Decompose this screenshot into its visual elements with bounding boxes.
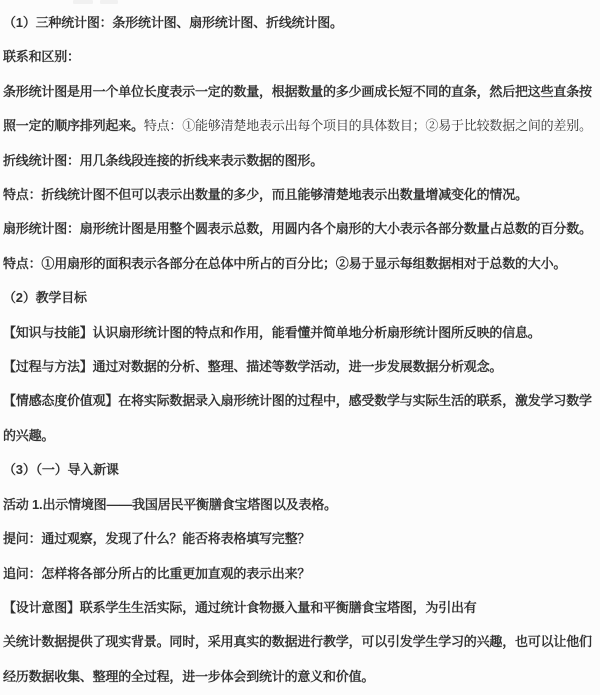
paragraph-line: 联系和区别： [3,40,600,74]
paragraph-line: （1）三种统计图：条形统计图、扇形统计图、折线统计图。 [3,6,600,40]
paragraph-line: 折线统计图：用几条线段连接的折线来表示数据的图形。 [3,144,600,178]
paragraph-line: 经历数据收集、整理的全过程，进一步体会到统计的意义和价值。 [3,660,600,694]
text-segment: 扇形统计图：扇形统计图是用整个圆表示总数，用圆内各个扇形的大小表示各部分数量占总… [3,221,592,236]
text-segment: 追问：怎样将各部分所占的比重更加直观的表示出来？ [3,566,310,581]
paragraph-line: （2）教学目标 [3,281,600,315]
paragraph-line: 【设计意图】联系学生生活实际，通过统计食物摄入量和平衡膳食宝塔图，为引出有 [3,591,600,625]
text-segment: 提问：通过观察，发现了什么？能否将表格填写完整？ [3,531,310,546]
text-segment: 【知识与技能】认识扇形统计图的特点和作用，能看懂并简单地分析扇形统计图所反映的信… [3,325,541,340]
text-segment: 【设计意图】联系学生生活实际，通过统计食物摄入量和平衡膳食宝塔图，为引出有 [3,600,477,615]
paragraph-line: 扇形统计图：扇形统计图是用整个圆表示总数，用圆内各个扇形的大小表示各部分数量占总… [3,212,600,246]
text-segment: 【情感态度价值观】在将实际数据录入扇形统计图的过程中，感受数学与实际生活的联系，… [3,393,592,408]
text-segment: 照一定的顺序排列起来。 [3,118,144,133]
paragraph-line: 关统计数据提供了现实背景。同时，采用真实的数据进行教学，可以引发学生学习的兴趣，… [3,625,600,659]
text-segment: 联系和区别： [3,49,80,64]
text-segment: 折线统计图：用几条线段连接的折线来表示数据的图形。 [3,153,323,168]
paragraph-line: 特点：①用扇形的面积表示各部分在总体中所占的百分比；②易于显示每组数据相对于总数… [3,247,600,281]
paragraph-line: 照一定的顺序排列起来。特点：①能够清楚地表示出每个项目的具体数目；②易于比较数据… [3,109,600,143]
text-segment: 经历数据收集、整理的全过程，进一步体会到统计的意义和价值。 [3,669,374,684]
cut-off-text-remnant [73,0,93,4]
paragraph-line: 条形统计图是用一个单位长度表示一定的数量，根据数量的多少画成长短不同的直条，然后… [3,75,600,109]
paragraph-line: 的兴趣。 [3,419,600,453]
document-page: （1）三种统计图：条形统计图、扇形统计图、折线统计图。联系和区别：条形统计图是用… [0,0,600,695]
text-segment: 关统计数据提供了现实背景。同时，采用真实的数据进行教学，可以引发学生学习的兴趣，… [3,634,592,649]
text-segment: 条形统计图是用一个单位长度表示一定的数量，根据数量的多少画成长短不同的直条，然后… [3,84,592,99]
cut-off-text-remnant [100,0,118,4]
paragraph-line: 特点：折线统计图不但可以表示出数量的多少，而且能够清楚地表示出数量增减变化的情况… [3,178,600,212]
text-segment: 特点：折线统计图不但可以表示出数量的多少，而且能够清楚地表示出数量增减变化的情况… [3,187,528,202]
text-segment: （1）三种统计图：条形统计图、扇形统计图、折线统计图。 [3,15,343,30]
text-segment: （3）（一）导入新课 [3,462,119,477]
text-segment: 活动 1.出示情境图——我国居民平衡膳食宝塔图以及表格。 [3,497,337,512]
text-segment: 【过程与方法】通过对数据的分析、整理、描述等数学活动，进一步发展数据分析观念。 [3,359,502,374]
paragraph-line: 追问：怎样将各部分所占的比重更加直观的表示出来？ [3,557,600,591]
paragraph-line: 提问：通过观察，发现了什么？能否将表格填写完整？ [3,522,600,556]
text-segment: 特点：①能够清楚地表示出每个项目的具体数目；②易于比较数据之间的差别。 [144,118,592,133]
paragraph-line: 【知识与技能】认识扇形统计图的特点和作用，能看懂并简单地分析扇形统计图所反映的信… [3,316,600,350]
paragraph-line: （3）（一）导入新课 [3,453,600,487]
text-segment: 的兴趣。 [3,428,54,443]
paragraph-line: 【过程与方法】通过对数据的分析、整理、描述等数学活动，进一步发展数据分析观念。 [3,350,600,384]
text-segment: 特点：①用扇形的面积表示各部分在总体中所占的百分比；②易于显示每组数据相对于总数… [3,256,566,271]
text-segment: （2）教学目标 [3,290,87,305]
paragraph-line: 【情感态度价值观】在将实际数据录入扇形统计图的过程中，感受数学与实际生活的联系，… [3,384,600,418]
paragraph-line: 活动 1.出示情境图——我国居民平衡膳食宝塔图以及表格。 [3,488,600,522]
document-body: （1）三种统计图：条形统计图、扇形统计图、折线统计图。联系和区别：条形统计图是用… [3,6,600,694]
